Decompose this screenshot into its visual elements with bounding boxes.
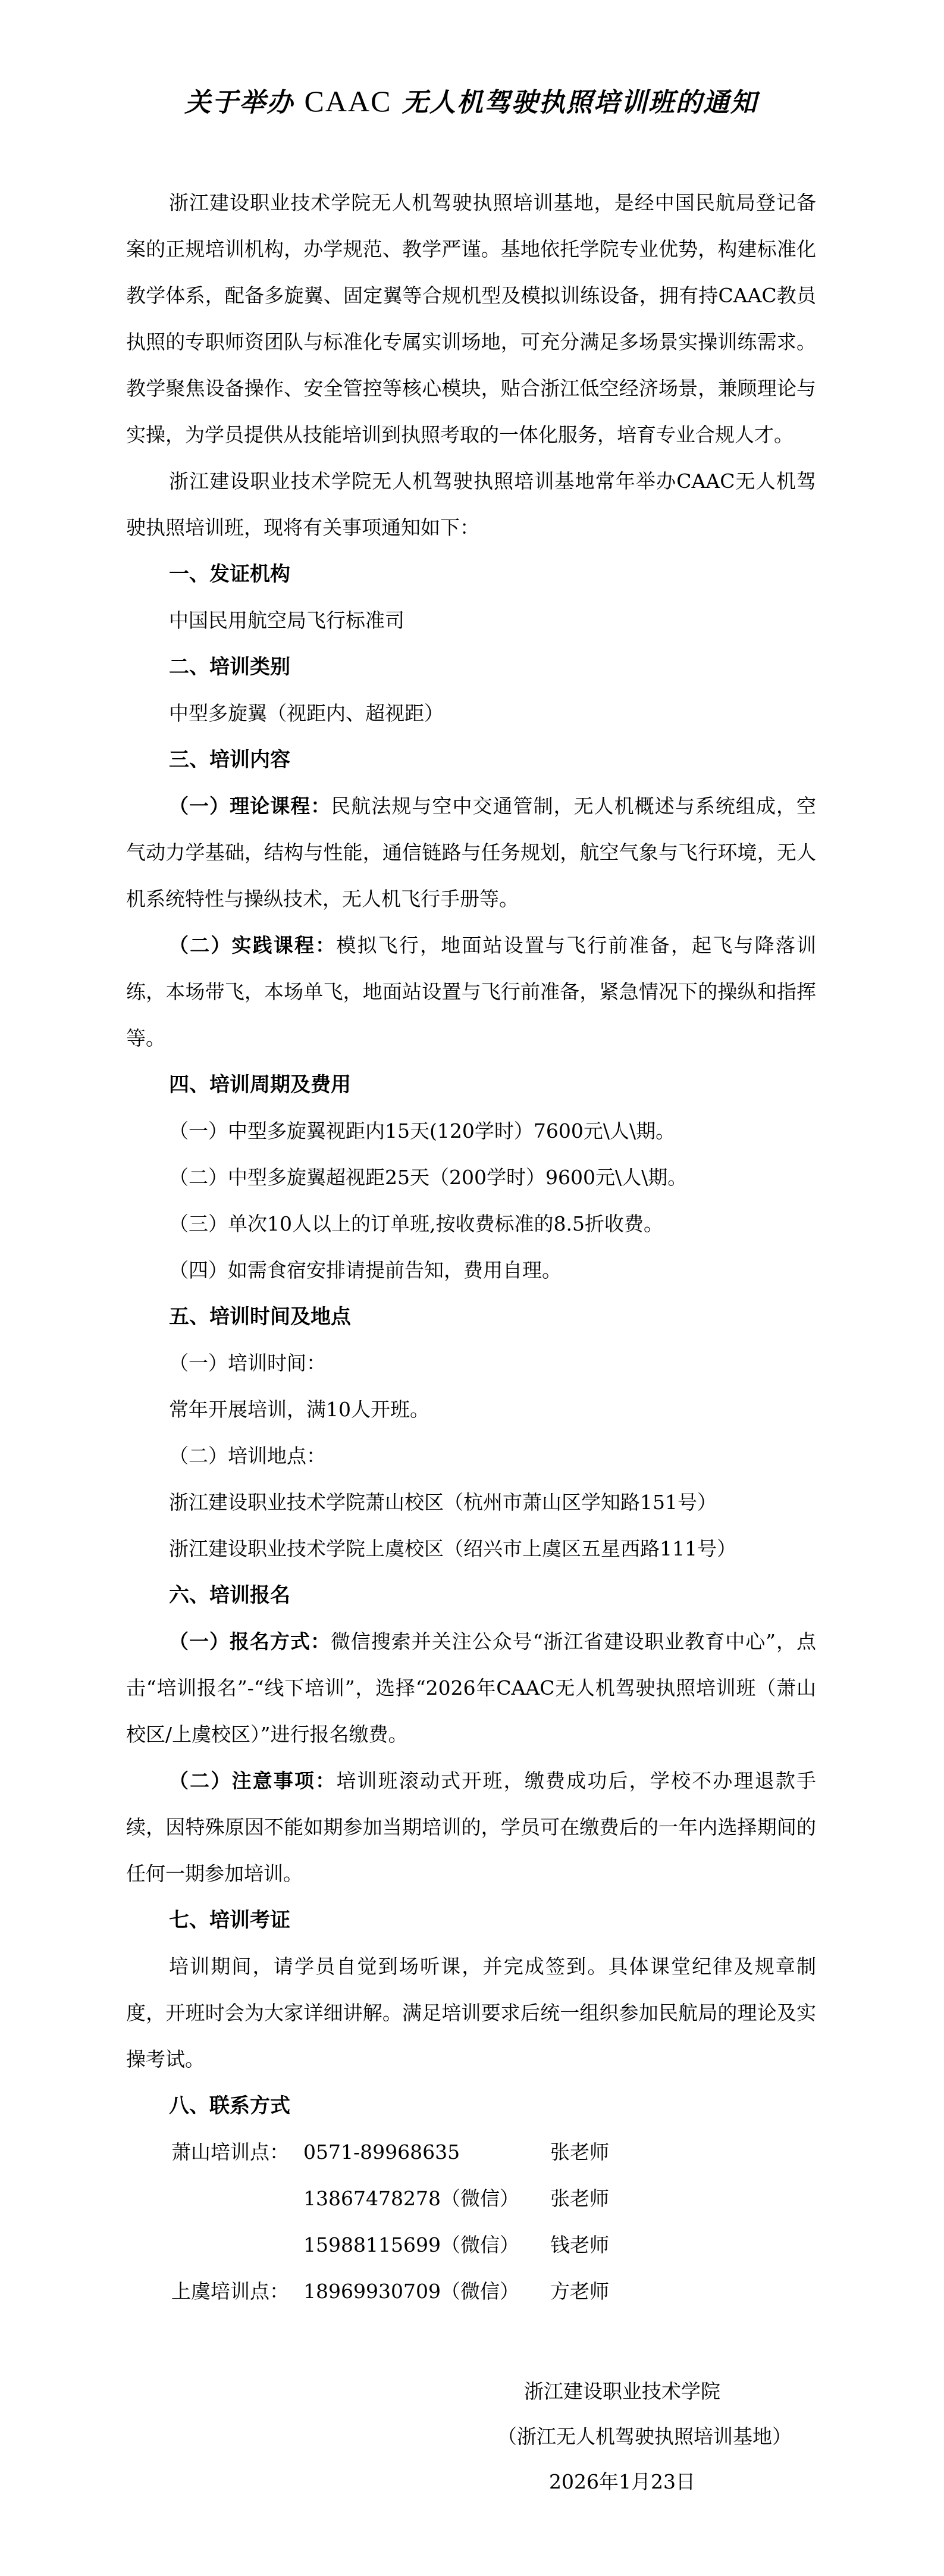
signature-org: 浙江建设职业技术学院 xyxy=(497,2368,747,2415)
registration-method-label: （一）报名方式： xyxy=(169,1630,331,1653)
contact-phone: 18969930709（微信） xyxy=(303,2268,519,2315)
fee-item-3: （三）单次10人以上的订单班,按收费标准的8.5折收费。 xyxy=(126,1201,816,1247)
fee-item-1: （一）中型多旋翼视距内15天(120学时）7600元\人\期。 xyxy=(126,1108,816,1154)
intro-paragraph-2: 浙江建设职业技术学院无人机驾驶执照培训基地常年举办CAAC无人机驾驶执照培训班，… xyxy=(126,458,816,551)
fee-item-2: （二）中型多旋翼超视距25天（200学时）9600元\人\期。 xyxy=(126,1154,816,1201)
signature-sub-org: （浙江无人机驾驶执照培训基地） xyxy=(497,2414,747,2460)
title-prefix: 关于举办 xyxy=(184,87,294,118)
fee-item-4: （四）如需食宿安排请提前告知，费用自理。 xyxy=(126,1247,816,1294)
title-suffix: 无人机驾驶执照培训班的通知 xyxy=(402,87,758,118)
training-place-label: （二）培训地点： xyxy=(126,1433,816,1479)
contact-phone: 13867478278（微信） xyxy=(303,2176,519,2222)
section-heading-contact: 八、联系方式 xyxy=(126,2083,816,2129)
theory-course-label: （一）理论课程： xyxy=(169,794,331,818)
section-heading-training-content: 三、培训内容 xyxy=(126,737,816,783)
document-title: 关于举办 CAAC 无人机驾驶执照培训班的通知 xyxy=(126,81,816,119)
contact-row: 上虞培训点： 18969930709（微信） 方老师 xyxy=(126,2268,816,2315)
contact-phone: 15988115699（微信） xyxy=(303,2222,519,2268)
section-heading-period-and-fees: 四、培训周期及费用 xyxy=(126,1062,816,1108)
intro-paragraph-1: 浙江建设职业技术学院无人机驾驶执照培训基地，是经中国民航局登记备案的正规培训机构… xyxy=(126,180,816,458)
contact-site: 萧山培训点： xyxy=(171,2129,289,2176)
title-latin: CAAC xyxy=(305,84,392,118)
registration-method-paragraph: （一）报名方式：微信搜索并关注公众号“浙江省建设职业教育中心”，点击“培训报名”… xyxy=(126,1619,816,1758)
certification-paragraph: 培训期间，请学员自觉到场听课，并完成签到。具体课堂纪律及规章制度，开班时会为大家… xyxy=(126,1943,816,2083)
training-place-shangyu: 浙江建设职业技术学院上虞校区（绍兴市上虞区五星西路111号） xyxy=(126,1526,816,1572)
training-time-label: （一）培训时间： xyxy=(126,1340,816,1386)
theory-course-paragraph: （一）理论课程：民航法规与空中交通管制，无人机概述与系统组成，空气动力学基础，结… xyxy=(126,783,816,922)
contact-teacher: 张老师 xyxy=(550,2176,609,2222)
contact-phone: 0571-89968635 xyxy=(303,2129,460,2176)
signature-date: 2026年1月23日 xyxy=(497,2459,747,2505)
contact-teacher: 张老师 xyxy=(550,2129,609,2176)
contact-teacher: 方老师 xyxy=(550,2268,609,2315)
section-heading-registration: 六、培训报名 xyxy=(126,1572,816,1619)
training-category-text: 中型多旋翼（视距内、超视距） xyxy=(126,690,816,737)
issuing-authority-text: 中国民用航空局飞行标准司 xyxy=(126,597,816,644)
training-time-text: 常年开展培训，满10人开班。 xyxy=(126,1386,816,1433)
section-heading-time-and-place: 五、培训时间及地点 xyxy=(126,1294,816,1340)
registration-notes-paragraph: （二）注意事项：培训班滚动式开班，缴费成功后，学校不办理退款手续，因特殊原因不能… xyxy=(126,1758,816,1897)
contact-row: 13867478278（微信） 张老师 xyxy=(126,2176,816,2222)
section-heading-training-category: 二、培训类别 xyxy=(126,644,816,690)
contact-row: 萧山培训点： 0571-89968635 张老师 xyxy=(126,2129,816,2176)
training-place-xiaoshan: 浙江建设职业技术学院萧山校区（杭州市萧山区学知路151号） xyxy=(126,1479,816,1526)
document-body: 浙江建设职业技术学院无人机驾驶执照培训基地，是经中国民航局登记备案的正规培训机构… xyxy=(126,180,816,2315)
registration-notes-label: （二）注意事项： xyxy=(169,1769,336,1792)
contact-teacher: 钱老师 xyxy=(550,2222,609,2268)
section-heading-certification: 七、培训考证 xyxy=(126,1897,816,1943)
contact-site: 上虞培训点： xyxy=(171,2268,289,2315)
contact-row: 15988115699（微信） 钱老师 xyxy=(126,2222,816,2268)
section-heading-issuing-authority: 一、发证机构 xyxy=(126,551,816,597)
practice-course-paragraph: （二）实践课程：模拟飞行，地面站设置与飞行前准备，起飞与降落训练，本场带飞，本场… xyxy=(126,922,816,1062)
practice-course-label: （二）实践课程： xyxy=(169,934,336,957)
